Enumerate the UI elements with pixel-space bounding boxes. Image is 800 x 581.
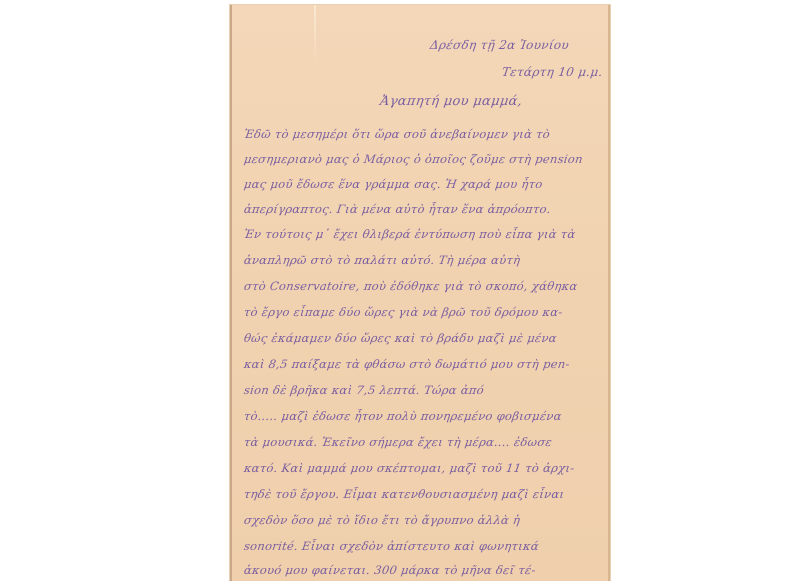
letter-line: μεσημεριανὸ μας ὁ Μάριος ὁ ὁποῖος ζοῦμε … <box>243 152 605 166</box>
letter-line: sion δὲ βρῆκα καὶ 7,5 λεπτά. Τώρα ἀπό <box>243 383 605 397</box>
letter-line: τὸ..... μαζὶ ἐδωσε ἦτον πολὺ πονηρεμένο … <box>243 409 605 423</box>
scan-background: Δρέσδη τῇ 2α Ἰουνίου Τετάρτη 10 μ.μ. Ἀγα… <box>0 0 800 581</box>
letter-line: τηδὲ τοῦ ἔργου. Εἶμαι κατενθουσιασμένη μ… <box>243 487 605 501</box>
letter-line: κατό. Καὶ μαμμά μου σκέπτομαι, μαζὶ τοῦ … <box>243 461 605 475</box>
paper-fold-mark <box>314 5 316 65</box>
letter-line: Ἐδῶ τὸ μεσημέρι ὅτι ὥρα σοῦ ἀνεβαίνομεν … <box>243 127 605 141</box>
letter-paper: Δρέσδη τῇ 2α Ἰουνίου Τετάρτη 10 μ.μ. Ἀγα… <box>230 5 610 581</box>
letter-place-date: Δρέσδη τῇ 2α Ἰουνίου <box>429 38 570 52</box>
letter-salutation: Ἀγαπητή μου μαμμά, <box>379 94 523 109</box>
letter-line: Ἐν τούτοις μ᾽ ἔχει θλιβερά ἐντύπωση ποὺ … <box>243 227 605 241</box>
letter-time: Τετάρτη 10 μ.μ. <box>501 65 604 79</box>
letter-line: sonorité. Εἶναι σχεδὸν ἀπίστευτο καὶ φων… <box>243 539 605 553</box>
letter-line: θώς ἐκάμαμεν δύο ὥρες καὶ τὸ βράδυ μαζὶ … <box>243 331 605 345</box>
letter-line: μας μοῦ ἔδωσε ἕνα γράμμα σας. Ἡ χαρά μου… <box>243 177 605 191</box>
letter-line: τὸ ἔργο εἶπαμε δύο ὥρες γιὰ νὰ βρῶ τοῦ δ… <box>243 305 605 319</box>
letter-line: καὶ 8,5 παίξαμε τὰ φθάσω στὸ δωμάτιό μου… <box>243 357 605 371</box>
letter-line: τὰ μουσικά. Ἐκεῖνο σήμερα ἔχει τὴ μέρα..… <box>243 435 605 449</box>
letter-line: ἀναπληρῶ στὸ τὸ παλάτι αὐτό. Τὴ μέρα αὐτ… <box>243 253 605 267</box>
letter-line: ἀκουό μου φαίνεται. 300 μάρκα τὸ μῆνα δε… <box>243 563 605 577</box>
letter-line: ἀπερίγραπτος. Γιὰ μένα αὐτὸ ἦταν ἕνα ἀπρ… <box>243 202 605 216</box>
letter-line: σχεδὸν ὅσο μὲ τὸ ἴδιο ἔτι τὸ ἄγρυπνο ἀλλ… <box>243 513 605 527</box>
letter-line: στὸ Conservatoire, ποὺ ἐδόθηκε γιὰ τὸ σκ… <box>243 279 605 293</box>
